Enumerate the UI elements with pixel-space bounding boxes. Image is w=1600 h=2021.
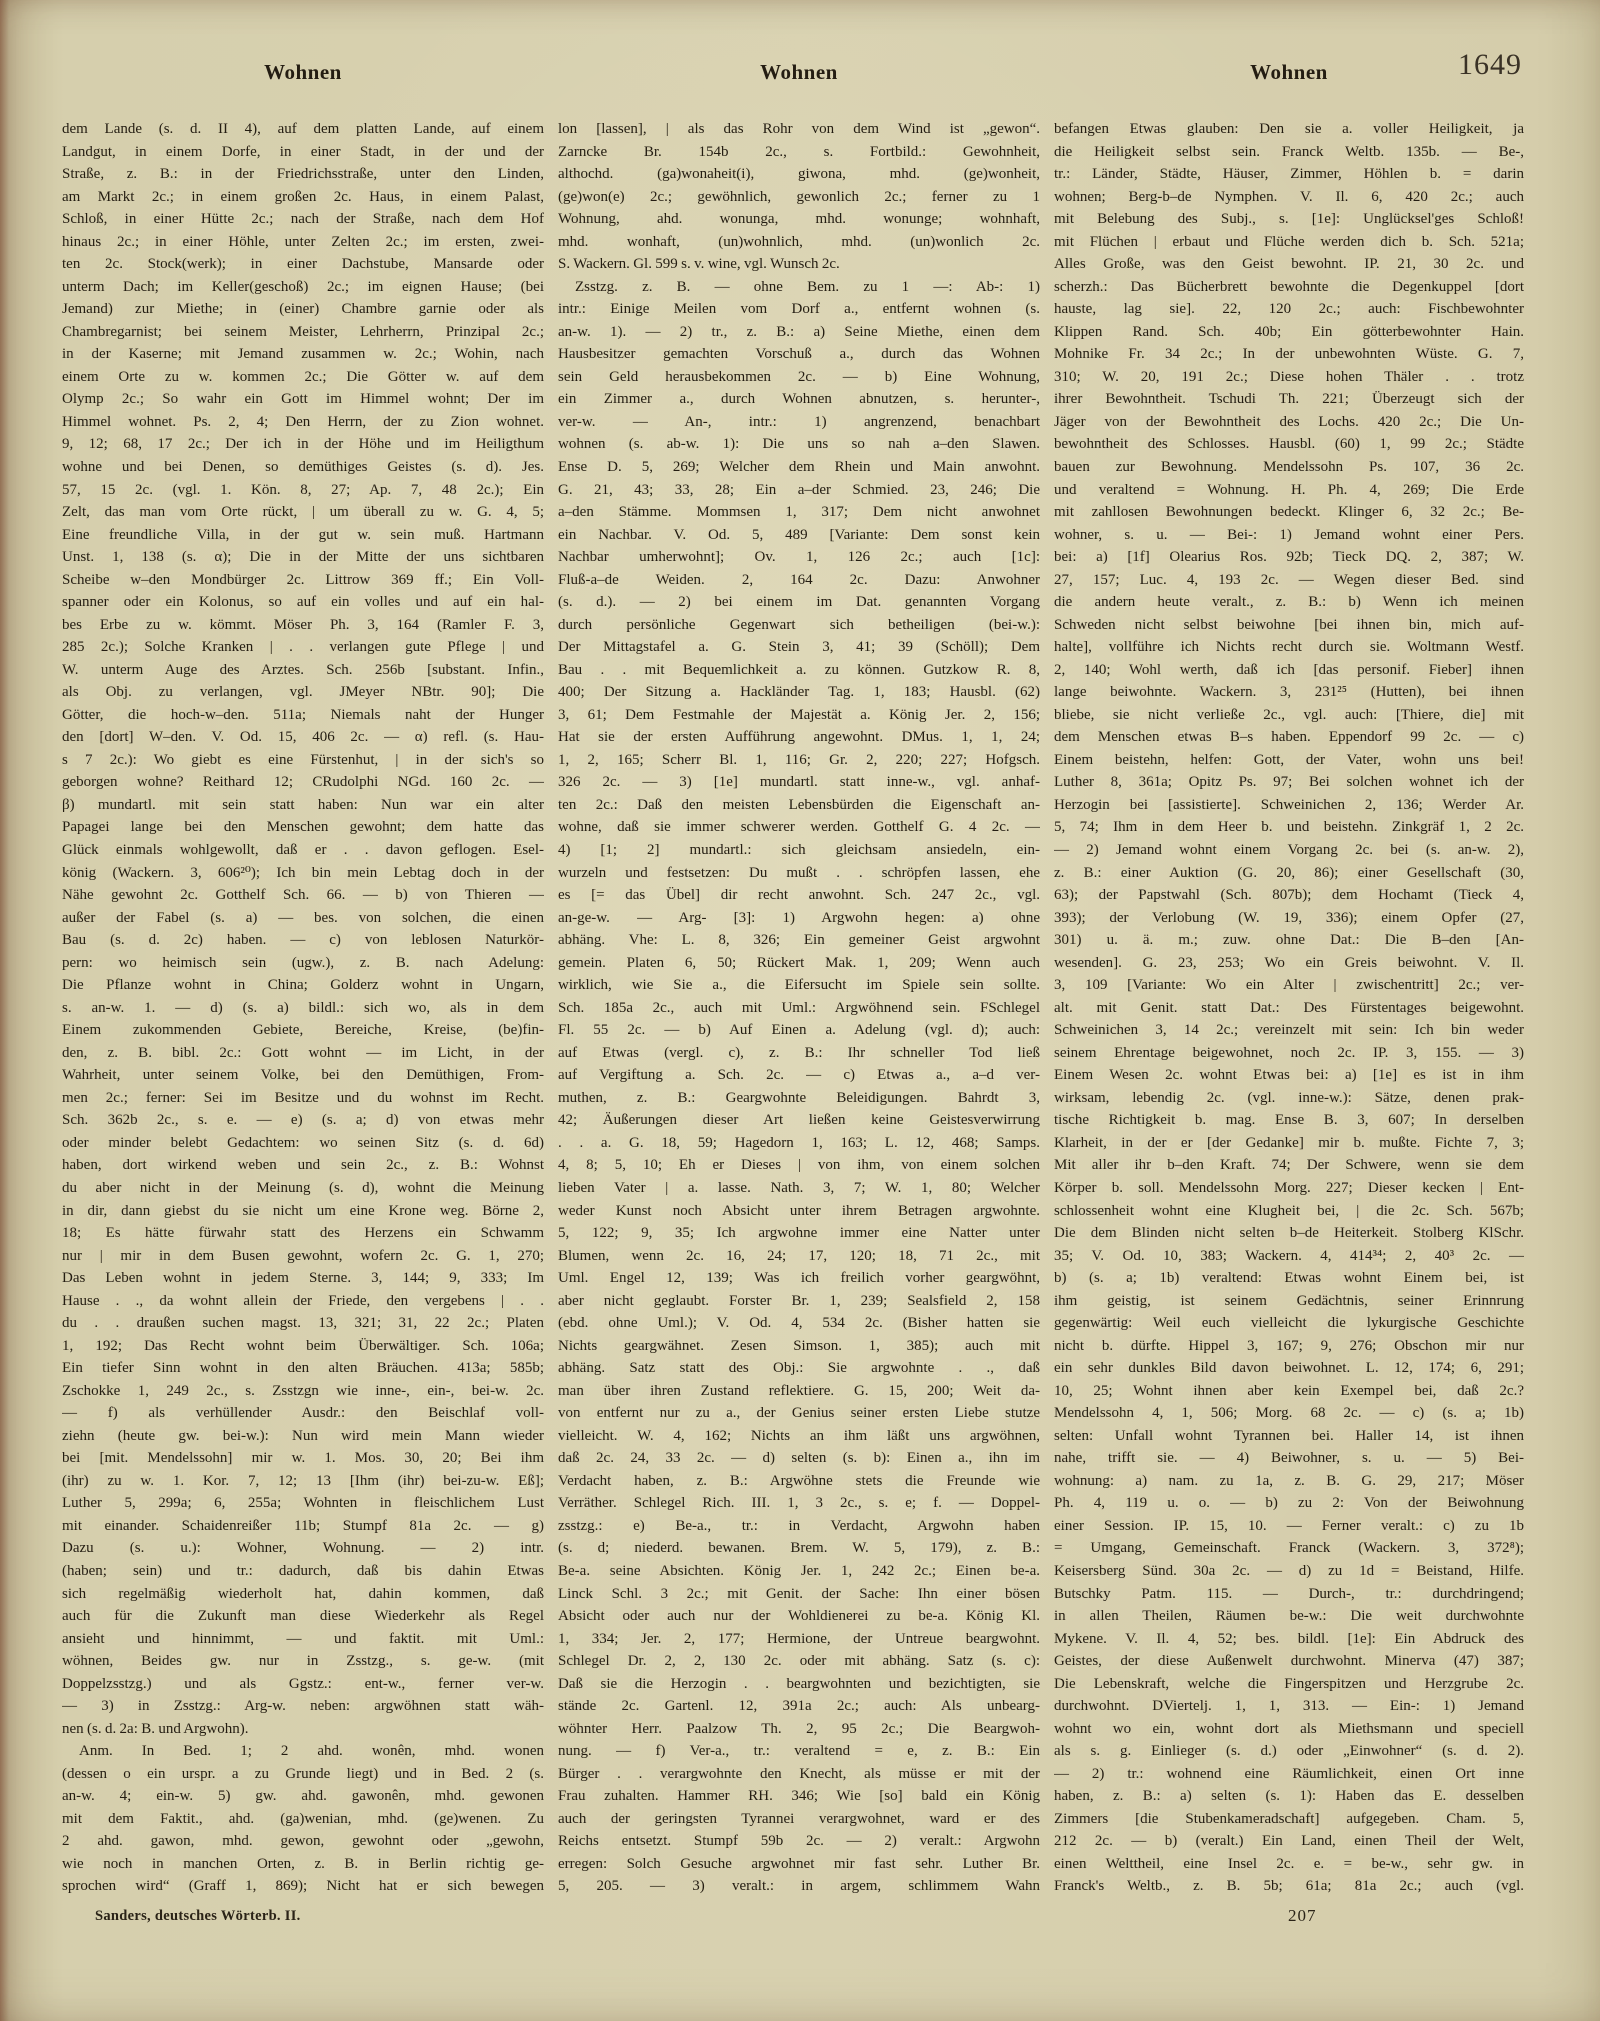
text-line: als s. g. Einlieger (s. d.) oder „Einwoh… bbox=[1054, 1740, 1524, 1763]
text-line: mit Flüchen | erbaut und Flüche werden d… bbox=[1054, 231, 1524, 254]
text-line: vielleicht. W. 4, 162; Nichts an ihm läß… bbox=[558, 1425, 1040, 1448]
text-line: befangen Etwas glauben: Den sie a. volle… bbox=[1054, 118, 1524, 141]
text-line: mit einander. Schaidenreißer 11b; Stumpf… bbox=[62, 1515, 544, 1538]
text-line: 18; Es hätte fürwahr statt des Herzens e… bbox=[62, 1222, 544, 1245]
text-line: Schlegel Dr. 2, 2, 130 2c. oder mit abhä… bbox=[558, 1650, 1040, 1673]
text-line: nung. — f) Ver-a., tr.: veraltend = e, z… bbox=[558, 1740, 1040, 1763]
text-line: 3, 109 [Variante: Wo ein Alter | zwische… bbox=[1054, 974, 1524, 997]
text-line: bei: a) [1f] Olearius Ros. 92b; Tieck DQ… bbox=[1054, 546, 1524, 569]
text-line: 2, 140; Wohl werth, daß ich [das personi… bbox=[1054, 659, 1524, 682]
text-line: an-w. 1). — 2) tr., z. B.: a) Seine Miet… bbox=[558, 321, 1040, 344]
text-line: β) mundartl. mit sein statt haben: Nun w… bbox=[62, 794, 544, 817]
text-line: Zschokke 1, 249 2c., s. Zsstzgn wie inne… bbox=[62, 1380, 544, 1403]
page-number: 1649 bbox=[1458, 48, 1522, 82]
text-line: nahe, trifft sie. — 4) Beiwohner, s. u. … bbox=[1054, 1447, 1524, 1470]
text-line: Eine freundliche Villa, in der gut w. se… bbox=[62, 524, 544, 547]
text-line: 400; Der Sitzung a. Hackländer Tag. 1, 1… bbox=[558, 681, 1040, 704]
text-line: Papagei lange bei den Menschen gewohnt; … bbox=[62, 816, 544, 839]
text-line: Chambregarnist; bei seinem Meister, Lehr… bbox=[62, 321, 544, 344]
text-line: ten 2c.: Daß den meisten Lebensbürden di… bbox=[558, 794, 1040, 817]
text-line: 285 2c.); Solche Kranken | . . verlangen… bbox=[62, 636, 544, 659]
text-line: in der Kaserne; mit Jemand zusammen w. 2… bbox=[62, 343, 544, 366]
text-line: b) (s. a; 1b) veraltend: Etwas wohnt Ein… bbox=[1054, 1267, 1524, 1290]
text-line: Uml. Engel 12, 139; Was ich freilich vor… bbox=[558, 1267, 1040, 1290]
text-line: 27, 157; Luc. 4, 193 2c. — Wegen dieser … bbox=[1054, 569, 1524, 592]
text-line: wohnt wo ein, wohnt dort als Miethsmann … bbox=[1054, 1718, 1524, 1741]
text-line: spanner oder ein Kolonus, so auf ein vol… bbox=[62, 591, 544, 614]
text-line: Olymp 2c.; So wahr ein Gott im Himmel wo… bbox=[62, 388, 544, 411]
text-line: die Heiligkeit selbst sein. Franck Weltb… bbox=[1054, 141, 1524, 164]
text-line: es [= das Übel] dir recht anwohnt. Sch. … bbox=[558, 884, 1040, 907]
text-line: Zimmers [die Stubenkameradschaft] aufgeg… bbox=[1054, 1808, 1524, 1831]
text-line: sprochen wird“ (Graff 1, 869); Nicht hat… bbox=[62, 1875, 544, 1898]
text-line: 393); der Verlobung (W. 19, 336); einem … bbox=[1054, 907, 1524, 930]
text-line: Sch. 185a 2c., auch mit Uml.: Argwöhnend… bbox=[558, 997, 1040, 1020]
text-line: mit zahllosen Bewohnungen bedeckt. Kling… bbox=[1054, 501, 1524, 524]
text-line: Die Lebenskraft, welche die Fingerspitze… bbox=[1054, 1673, 1524, 1696]
text-line: Einem zukommenden Gebiete, Bereiche, Kre… bbox=[62, 1019, 544, 1042]
text-line: Zarncke Br. 154b 2c., s. Fortbild.: Gewo… bbox=[558, 141, 1040, 164]
text-line: tische Richtigkeit b. mag. Ense B. 3, 60… bbox=[1054, 1109, 1524, 1132]
text-line: Einem Wesen 2c. wohnt Etwas bei: a) [1e]… bbox=[1054, 1064, 1524, 1087]
text-line: ein Nachbar. V. Od. 5, 489 [Variante: De… bbox=[558, 524, 1040, 547]
text-line: (s. d; niederd. bewanen. Brem. W. 5, 179… bbox=[558, 1537, 1040, 1560]
text-line: ein sehr dunkles Bild davon beiwohnet. L… bbox=[1054, 1357, 1524, 1380]
text-line: 1, 334; Jer. 2, 177; Hermione, der Untre… bbox=[558, 1628, 1040, 1651]
text-line: wohnen (s. ab-w. 1): Die uns so nah a–de… bbox=[558, 433, 1040, 456]
text-line: den [dort] W–den. V. Od. 15, 406 2c. — α… bbox=[62, 726, 544, 749]
text-line: seinem Ehrentage beigewohnet, noch 2c. I… bbox=[1054, 1042, 1524, 1065]
text-line: wöhnen, Beides gw. nur in Zsstzg., s. ge… bbox=[62, 1650, 544, 1673]
text-line: Wahrheit, unter seinem Volke, bei den De… bbox=[62, 1064, 544, 1087]
text-line: wurzeln und festsetzen: Du mußt . . schr… bbox=[558, 862, 1040, 885]
text-line: S. Wackern. Gl. 599 s. v. wine, vgl. Wun… bbox=[558, 253, 1040, 276]
text-line: Hausbesitzer gemachten Vorschuß a., durc… bbox=[558, 343, 1040, 366]
text-line: (ge)won(e) 2c.; gewöhnlich, gewonlich 2c… bbox=[558, 186, 1040, 209]
text-line: auf Vergiftung a. Sch. 2c. — c) Etwas a.… bbox=[558, 1064, 1040, 1087]
text-line: 1, 2, 165; Scherr Bl. 1, 116; Gr. 2, 220… bbox=[558, 749, 1040, 772]
text-line: Himmel wohnet. Ps. 2, 4; Den Herrn, der … bbox=[62, 411, 544, 434]
text-line: mit dem Faktit., ahd. (ga)wenian, mhd. (… bbox=[62, 1808, 544, 1831]
text-line: als Obj. zu verlangen, vgl. JMeyer NBtr.… bbox=[62, 681, 544, 704]
text-line: Be-a. seine Absichten. König Jer. 1, 242… bbox=[558, 1560, 1040, 1583]
text-line: dem Menschen etwas B–s haben. Eppendorf … bbox=[1054, 726, 1524, 749]
text-line: wirklich, wie Sie a., die Eifersucht im … bbox=[558, 974, 1040, 997]
text-line: 35; V. Od. 10, 383; Wackern. 4, 414³⁴; 2… bbox=[1054, 1245, 1524, 1268]
text-line: s 7 2c.): Wo giebt es eine Fürstenhut, |… bbox=[62, 749, 544, 772]
text-line: Jemand) zur Miethe; in (einer) Chambre g… bbox=[62, 298, 544, 321]
text-line: Zsstzg. z. B. — ohne Bem. zu 1 —: Ab-: 1… bbox=[558, 276, 1040, 299]
text-line: Götter, die hoch-w–den. 511a; Niemals na… bbox=[62, 704, 544, 727]
text-line: Verdacht haben, z. B.: Argwöhne stets di… bbox=[558, 1470, 1040, 1493]
text-line: man über ihren Zustand reflektiere. G. 1… bbox=[558, 1380, 1040, 1403]
text-line: von entfernt nur zu a., der Genius seine… bbox=[558, 1402, 1040, 1425]
text-line: daß 2c. 24, 33 2c. — d) selten (s. b): E… bbox=[558, 1447, 1040, 1470]
sheet-number: 207 bbox=[1288, 1906, 1317, 1926]
text-line: Ense D. 5, 269; Welcher dem Rhein und Ma… bbox=[558, 456, 1040, 479]
text-line: Scheibe w–den Mondbürger 2c. Littrow 369… bbox=[62, 569, 544, 592]
text-line: bliebe, sie nicht verließe 2c., vgl. auc… bbox=[1054, 704, 1524, 727]
text-line: Luther 8, 361a; Opitz Ps. 97; Bei solche… bbox=[1054, 771, 1524, 794]
text-line: 5, 205. — 3) veralt.: in argem, schlimme… bbox=[558, 1875, 1040, 1898]
text-line: pern: wo heimisch sein (ugw.), z. B. nac… bbox=[62, 952, 544, 975]
text-line: sich regelmäßig wiederholt hat, dahin ko… bbox=[62, 1583, 544, 1606]
text-line: lon [lassen], | als das Rohr von dem Win… bbox=[558, 118, 1040, 141]
text-line: 326 2c. — 3) [1e] mundartl. statt inne-w… bbox=[558, 771, 1040, 794]
text-line: nicht b. dürfte. Hippel 3, 167; 9, 276; … bbox=[1054, 1335, 1524, 1358]
text-line: mit Belebung des Subj., s. [1e]: Unglück… bbox=[1054, 208, 1524, 231]
text-line: abhäng. Vhe: L. 8, 326; Ein gemeiner Gei… bbox=[558, 929, 1040, 952]
text-line: bewohntheit des Schlosses. Hausbl. (60) … bbox=[1054, 433, 1524, 456]
text-line: einen Welttheil, eine Insel 2c. e. = be-… bbox=[1054, 1853, 1524, 1876]
text-line: tr.: Länder, Städte, Häuser, Zimmer, Höh… bbox=[1054, 163, 1524, 186]
text-line: nen (s. d. 2a: B. und Argwohn). bbox=[62, 1718, 544, 1741]
text-line: wohnen; Berg-b–de Nymphen. V. Il. 6, 420… bbox=[1054, 186, 1524, 209]
text-line: 57, 15 2c. (vgl. 1. Kön. 8, 27; Ap. 7, 4… bbox=[62, 479, 544, 502]
text-line: einer Session. IP. 15, 10. — Ferner vera… bbox=[1054, 1515, 1524, 1538]
text-line: Zelt, das man vom Orte rückt, | um übera… bbox=[62, 501, 544, 524]
text-line: außer der Fabel (s. a) — bes. von solche… bbox=[62, 907, 544, 930]
text-line: — f) als verhüllender Ausdr.: den Beisch… bbox=[62, 1402, 544, 1425]
text-line: Herzogin bei [assistierte]. Schweinichen… bbox=[1054, 794, 1524, 817]
text-line: Fluß-a–de Weiden. 2, 164 2c. Dazu: Anwoh… bbox=[558, 569, 1040, 592]
text-line: Straße, z. B.: in der Friedrichsstraße, … bbox=[62, 163, 544, 186]
text-column-1: dem Lande (s. d. II 4), auf dem platten … bbox=[62, 118, 544, 1898]
text-line: stände 2c. Gartenl. 12, 391a 2c.; auch: … bbox=[558, 1695, 1040, 1718]
text-line: Butschky Patm. 115. — Durch-, tr.: durch… bbox=[1054, 1583, 1524, 1606]
text-line: gemein. Platen 6, 50; Rückert Mak. 1, 20… bbox=[558, 952, 1040, 975]
text-line: 9, 12; 68, 17 2c.; Der ich in der Höhe u… bbox=[62, 433, 544, 456]
text-line: Körper b. soll. Mendelssohn Morg. 227; D… bbox=[1054, 1177, 1524, 1200]
text-line: aber nicht geglaubt. Forster Br. 1, 239;… bbox=[558, 1290, 1040, 1313]
text-line: Das Leben wohnt in jedem Sterne. 3, 144;… bbox=[62, 1267, 544, 1290]
text-line: . . a. G. 18, 59; Hagedorn 1, 163; L. 12… bbox=[558, 1132, 1040, 1155]
text-line: Schweden nicht selbst beiwohne [bei ihne… bbox=[1054, 614, 1524, 637]
text-line: am Markt 2c.; in einem großen 2c. Haus, … bbox=[62, 186, 544, 209]
text-line: hauste, lag sie]. 22, 120 2c.; auch: Fis… bbox=[1054, 298, 1524, 321]
text-line: Wohnung, ahd. wonunga, mhd. wonunge; woh… bbox=[558, 208, 1040, 231]
text-line: erregen: Solch Gesuche argwohnet mir fas… bbox=[558, 1853, 1040, 1876]
text-line: gegenwärtig: Weil euch vielleicht die ly… bbox=[1054, 1312, 1524, 1335]
text-line: Dazu (s. u.): Wohner, Wohnung. — 2) intr… bbox=[62, 1537, 544, 1560]
text-line: Mit aller ihr b–den Kraft. 74; Der Schwe… bbox=[1054, 1154, 1524, 1177]
text-line: Doppelzsstzg.) und als Ggstz.: ent-w., f… bbox=[62, 1673, 544, 1696]
text-line: lange beiwohnte. Wackern. 3, 231²⁵ (Hutt… bbox=[1054, 681, 1524, 704]
text-line: bes Erbe zu w. kömmt. Möser Ph. 3, 164 (… bbox=[62, 614, 544, 637]
text-line: du aber nicht in der Meinung (s. d), woh… bbox=[62, 1177, 544, 1200]
text-line: 42; Äußerungen dieser Art ließen keine G… bbox=[558, 1109, 1040, 1132]
text-line: weder Kunst noch Absicht unter ihrem Bet… bbox=[558, 1200, 1040, 1223]
text-line: Keisersberg Sünd. 30a 2c. — d) zu 1d = B… bbox=[1054, 1560, 1524, 1583]
text-line: — 2) Jemand wohnt einem Vorgang 2c. bei … bbox=[1054, 839, 1524, 862]
text-line: (haben; sein) und tr.: dadurch, daß bis … bbox=[62, 1560, 544, 1583]
text-line: auch der geringsten Tyrannei verargwohne… bbox=[558, 1808, 1040, 1831]
text-line: könig (Wackern. 3, 606²⁰); Ich bin mein … bbox=[62, 862, 544, 885]
text-line: Fl. 55 2c. — b) Auf Einen a. Adelung (vg… bbox=[558, 1019, 1040, 1042]
text-line: bauen zur Bewohnung. Mendelssohn Ps. 107… bbox=[1054, 456, 1524, 479]
text-line: Ein tiefer Sinn wohnt in den alten Bräuc… bbox=[62, 1357, 544, 1380]
text-line: in allen Theilen, Räumen be-w.: Die weit… bbox=[1054, 1605, 1524, 1628]
text-line: 1, 192; Das Recht wohnt beim Überwältige… bbox=[62, 1335, 544, 1358]
text-line: 301) u. ä. m.; zuw. ohne Dat.: Die B–den… bbox=[1054, 929, 1524, 952]
text-line: selten: Unfall wohnt Tyrannen bei. Halle… bbox=[1054, 1425, 1524, 1448]
text-line: G. 21, 43; 33, 28; Ein a–der Schmied. 23… bbox=[558, 479, 1040, 502]
volume-signature: Sanders, deutsches Wörterb. II. bbox=[95, 1908, 301, 1925]
text-line: — 3) in Zsstzg.: Arg-w. neben: argwöhnen… bbox=[62, 1695, 544, 1718]
text-line: ver-w. — An-, intr.: 1) angrenzend, bena… bbox=[558, 411, 1040, 434]
text-line: haben, dort wirkend weben und sein 2c., … bbox=[62, 1154, 544, 1177]
text-line: Hat sie der ersten Aufführung angewohnt.… bbox=[558, 726, 1040, 749]
text-line: Nähe gewohnt 2c. Gotthelf Sch. 66. — b) … bbox=[62, 884, 544, 907]
text-line: ihrer Bewohntheit. Tschudi Th. 221; Über… bbox=[1054, 388, 1524, 411]
text-line: ziehn (heute gw. bei-w.): Nun wird mein … bbox=[62, 1425, 544, 1448]
text-line: — 2) tr.: wohnend eine Räumlichkeit, ein… bbox=[1054, 1763, 1524, 1786]
text-line: 5, 122; 9, 35; Ich argwohne immer eine N… bbox=[558, 1222, 1040, 1245]
text-line: halte], vollführe ich Nichts recht durch… bbox=[1054, 636, 1524, 659]
text-line: schlossenheit wohnt eine Klugheit bei, |… bbox=[1054, 1200, 1524, 1223]
text-line: auf Etwas (vergl. c), z. B.: Ihr schnell… bbox=[558, 1042, 1040, 1065]
text-line: wohne, daß sie immer schwerer werden. Go… bbox=[558, 816, 1040, 839]
text-line: dem Lande (s. d. II 4), auf dem platten … bbox=[62, 118, 544, 141]
text-line: 212 2c. — b) (veralt.) Ein Land, einen T… bbox=[1054, 1830, 1524, 1853]
text-line: ansieht und hinnimmt, — und faktit. mit … bbox=[62, 1628, 544, 1651]
text-line: intr.: Einige Meilen vom Dorf a., entfer… bbox=[558, 298, 1040, 321]
text-line: nur | mir in dem Busen gewohnt, wofern 2… bbox=[62, 1245, 544, 1268]
text-line: Linck Schl. 3 2c.; mit Genit. der Sache:… bbox=[558, 1583, 1040, 1606]
text-line: sein Geld herausbekommen 2c. — b) Eine W… bbox=[558, 366, 1040, 389]
text-line: wohnung: a) nam. zu 1a, z. B. G. 29, 217… bbox=[1054, 1470, 1524, 1493]
text-line: men 2c.; ferner: Sei im Besitze und du w… bbox=[62, 1087, 544, 1110]
text-line: Ph. 4, 119 u. o. — b) zu 2: Von der Beiw… bbox=[1054, 1492, 1524, 1515]
text-line: Klarheit, in der er [der Gedanke] mir b.… bbox=[1054, 1132, 1524, 1155]
text-line: Anm. In Bed. 1; 2 ahd. wonên, mhd. wonen bbox=[62, 1740, 544, 1763]
text-line: an-w. 4; ein-w. 5) gw. ahd. gawonên, mhd… bbox=[62, 1785, 544, 1808]
text-line: s. an-w. 1. — d) (s. a) bildl.: sich wo,… bbox=[62, 997, 544, 1020]
text-line: den, z. B. bibl. 2c.: Gott wohnt — im Li… bbox=[62, 1042, 544, 1065]
text-line: an-ge-w. — Arg- [3]: 1) Argwohn hegen: a… bbox=[558, 907, 1040, 930]
text-line: Sch. 362b 2c., s. e. — e) (s. a; d) von … bbox=[62, 1109, 544, 1132]
text-line: Luther 5, 299a; 6, 255a; Wohnten in flei… bbox=[62, 1492, 544, 1515]
text-line: = Umgang, Gemeinschaft. Franck (Wackern.… bbox=[1054, 1537, 1524, 1560]
text-line: Glück einmals wohlgewollt, daß er . . da… bbox=[62, 839, 544, 862]
text-line: 2 ahd. gawon, mhd. gewon, gewohnt oder „… bbox=[62, 1830, 544, 1853]
text-line: Einem beistehn, helfen: Gott, der Vater,… bbox=[1054, 749, 1524, 772]
text-line: ihm geistig, ist seinem Gedächtnis, sein… bbox=[1054, 1290, 1524, 1313]
text-line: Alles Große, was den Geist bewohnt. IP. … bbox=[1054, 253, 1524, 276]
text-line: ein Zimmer a., durch Wohnen abnutzen, s.… bbox=[558, 388, 1040, 411]
text-line: wie noch in manchen Orten, z. B. in Berl… bbox=[62, 1853, 544, 1876]
text-column-3: befangen Etwas glauben: Den sie a. volle… bbox=[1054, 118, 1524, 1898]
text-line: hinaus 2c.; in einer Höhle, unter Zelten… bbox=[62, 231, 544, 254]
text-line: Klippen Rand. Sch. 40b; Ein götterbewohn… bbox=[1054, 321, 1524, 344]
text-line: geborgen wohne? Reithard 12; CRudolphi N… bbox=[62, 771, 544, 794]
text-line: Blumen, wenn 2c. 16, 24; 17, 120; 18, 71… bbox=[558, 1245, 1040, 1268]
text-line: 5, 74; Ihm in dem Heer b. und beistehn. … bbox=[1054, 816, 1524, 839]
text-line: Mohnike Fr. 34 2c.; In der unbewohnten W… bbox=[1054, 343, 1524, 366]
text-line: 63); der Papstwahl (Sch. 807b); dem Hoch… bbox=[1054, 884, 1524, 907]
dictionary-scan-page: Wohnen Wohnen Wohnen 1649 dem Lande (s. … bbox=[0, 0, 1600, 2021]
text-line: wesenden]. G. 23, 253; Wo ein Greis beiw… bbox=[1054, 952, 1524, 975]
text-line: 10, 25; Wohnt ihnen aber kein Exempel be… bbox=[1054, 1380, 1524, 1403]
text-line: z. B.: einer Auktion (G. 20, 86); einer … bbox=[1054, 862, 1524, 885]
text-line: Nachbar umherwohnt]; Ov. 1, 126 2c.; auc… bbox=[558, 546, 1040, 569]
text-line: 4, 8; 5, 10; Eh er Dieses | von ihm, von… bbox=[558, 1154, 1040, 1177]
text-line: wirksam, lebendig 2c. (vgl. inne-w.): Sä… bbox=[1054, 1087, 1524, 1110]
running-head-column-3: Wohnen bbox=[1054, 60, 1524, 85]
text-line: unterm Dach; im Keller(geschoß) 2c.; im … bbox=[62, 276, 544, 299]
text-line: Mendelssohn 4, 1, 506; Morg. 68 2c. — c)… bbox=[1054, 1402, 1524, 1425]
text-line: 4) [1; 2] mundartl.: sich gleichsam ansi… bbox=[558, 839, 1040, 862]
text-line: a–den Stämme. Mommsen 1, 317; Dem nicht … bbox=[558, 501, 1040, 524]
text-line: Nichts geargwähnet. Zesen Simson. 1, 385… bbox=[558, 1335, 1040, 1358]
text-line: Daß sie die Herzogin . . beargwohnten un… bbox=[558, 1673, 1040, 1696]
text-line: Bürger . . verargwohnte den Knecht, als … bbox=[558, 1763, 1040, 1786]
text-line: oder minder belebt Gedachtem: wo seinen … bbox=[62, 1132, 544, 1155]
text-line: (ebd. ohne Uml.); V. Od. 4, 534 2c. (Bis… bbox=[558, 1312, 1040, 1335]
text-line: Frau zuhalten. Hammer RH. 346; Wie [so] … bbox=[558, 1785, 1040, 1808]
text-line: 310; W. 20, 191 2c.; Diese hohen Thäler … bbox=[1054, 366, 1524, 389]
text-line: althochd. (ga)wonaheit(i), giwona, mhd. … bbox=[558, 163, 1040, 186]
text-line: (dessen o ein urspr. a zu Grunde liegt) … bbox=[62, 1763, 544, 1786]
text-line: Schloß, in einer Hütte 2c.; nach der Str… bbox=[62, 208, 544, 231]
text-line: scherzh.: Das Bücherbrett bewohnte die D… bbox=[1054, 276, 1524, 299]
text-line: W. unterm Auge des Arztes. Sch. 256b [su… bbox=[62, 659, 544, 682]
text-line: Verräther. Schlegel Rich. III. 1, 3 2c.,… bbox=[558, 1492, 1040, 1515]
text-line: ten 2c. Stock(werk); in einer Dachstube,… bbox=[62, 253, 544, 276]
text-line: Absicht oder auch nur der Wohldienerei z… bbox=[558, 1605, 1040, 1628]
running-head-column-2: Wohnen bbox=[558, 60, 1040, 85]
text-line: wohner, s. u. — Bei-: 1) Jemand wohnt ei… bbox=[1054, 524, 1524, 547]
text-line: haben, z. B.: a) selten (s. 1): Haben da… bbox=[1054, 1785, 1524, 1808]
text-line: Mykene. V. Il. 4, 52; bes. bildl. [1e]: … bbox=[1054, 1628, 1524, 1651]
text-line: Der Mittagstafel a. G. Stein 3, 41; 39 (… bbox=[558, 636, 1040, 659]
text-line: wohne und bei Denen, so demüthiges Geist… bbox=[62, 456, 544, 479]
text-line: Schweinichen 3, 14 2c.; vereinzelt mit s… bbox=[1054, 1019, 1524, 1042]
text-line: Geistes, der diese Außenwelt durchwohnt.… bbox=[1054, 1650, 1524, 1673]
text-line: durch persönliche Gegenwart sich betheil… bbox=[558, 614, 1040, 637]
text-line: muthen, z. B.: Geargwohnte Beleidigungen… bbox=[558, 1087, 1040, 1110]
text-line: die andern heute veralt., z. B.: b) Wenn… bbox=[1054, 591, 1524, 614]
text-line: 3, 61; Dem Festmahle der Majestät a. Kön… bbox=[558, 704, 1040, 727]
text-line: Unst. 1, 138 (s. α); Die in der Mitte de… bbox=[62, 546, 544, 569]
text-line: Landgut, in einem Dorfe, in einer Stadt,… bbox=[62, 141, 544, 164]
text-line: lieben Vater | a. lasse. Nath. 3, 7; W. … bbox=[558, 1177, 1040, 1200]
text-line: (s. d.). — 2) bei einem im Dat. genannte… bbox=[558, 591, 1040, 614]
text-line: Franck's Weltb., z. B. 5b; 61a; 81a 2c.;… bbox=[1054, 1875, 1524, 1898]
text-line: Jäger von der Bewohntheit des Lochs. 420… bbox=[1054, 411, 1524, 434]
text-line: durchwohnt. DViertelj. 1, 1, 313. — Ein-… bbox=[1054, 1695, 1524, 1718]
text-column-2: lon [lassen], | als das Rohr von dem Win… bbox=[558, 118, 1040, 1898]
text-line: Reichs entsetzt. Stumpf 59b 2c. — 2) ver… bbox=[558, 1830, 1040, 1853]
text-line: Die Pflanze wohnt in China; Golderz wohn… bbox=[62, 974, 544, 997]
text-line: wöhnter Herr. Paalzow Th. 2, 95 2c.; Die… bbox=[558, 1718, 1040, 1741]
text-line: auch für die Zukunft man diese Wiederkeh… bbox=[62, 1605, 544, 1628]
text-line: Die dem Blinden nicht selten b–de Heiter… bbox=[1054, 1222, 1524, 1245]
text-line: Bau (s. d. 2c) haben. — c) von leblosen … bbox=[62, 929, 544, 952]
text-line: mhd. wonhaft, (un)wohnlich, mhd. (un)won… bbox=[558, 231, 1040, 254]
text-line: Bau . . mit Bequemlichkeit a. zu können.… bbox=[558, 659, 1040, 682]
text-line: einem Orte zu w. kommen 2c.; Die Götter … bbox=[62, 366, 544, 389]
text-line: abhäng. Satz statt des Obj.: Sie argwohn… bbox=[558, 1357, 1040, 1380]
text-line: Hause . ., da wohnt allein der Friede, d… bbox=[62, 1290, 544, 1313]
text-line: und veraltend = Wohnung. H. Ph. 4, 269; … bbox=[1054, 479, 1524, 502]
running-head-column-1: Wohnen bbox=[62, 60, 544, 85]
text-line: zsstzg.: e) Be-a., tr.: in Verdacht, Arg… bbox=[558, 1515, 1040, 1538]
text-line: alt. mit Genit. statt Dat.: Des Fürstent… bbox=[1054, 997, 1524, 1020]
text-line: (ihr) zu w. 1. Kor. 7, 12; 13 [Ihm (ihr)… bbox=[62, 1470, 544, 1493]
text-line: in dir, dann giebst du sie nicht um eine… bbox=[62, 1200, 544, 1223]
text-line: du . . draußen suchen magst. 13, 321; 31… bbox=[62, 1312, 544, 1335]
text-line: bei [mit. Mendelssohn] mir w. 1. Mos. 30… bbox=[62, 1447, 544, 1470]
